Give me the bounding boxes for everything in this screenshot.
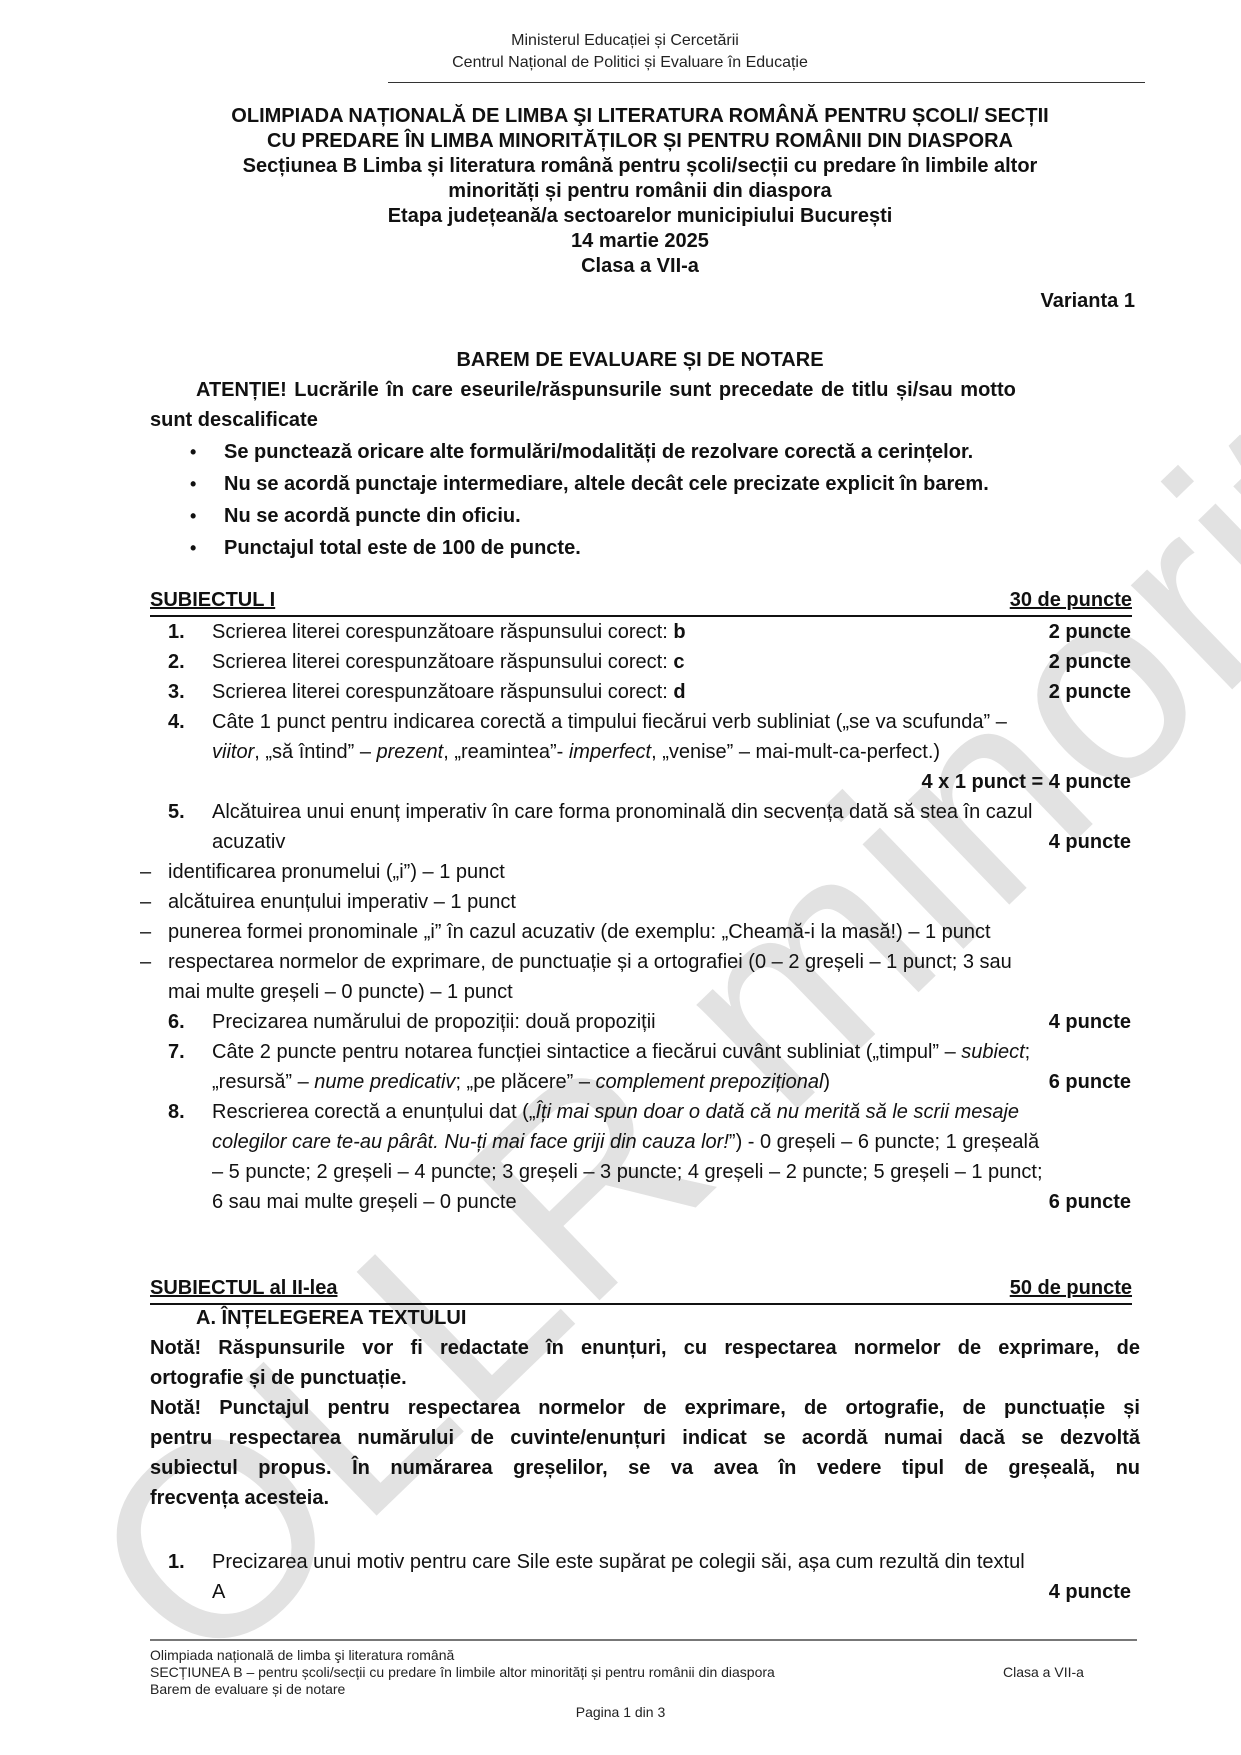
item-number: 2. [168,647,185,677]
criterion-cont: mai multe greșeli – 0 puncte) – 1 punct [168,977,513,1007]
note-2: Notă! Punctajul pentru respectarea norme… [150,1393,1140,1513]
item-points: 4 puncte [1049,1577,1131,1607]
bullet-icon: • [190,469,196,499]
item-text-cont: „resursă” – nume predicativ; „pe plăcere… [212,1067,830,1097]
variant-label: Varianta 1 [1040,290,1135,313]
title-stage: Etapa județeană/a sectoarelor municipiul… [140,204,1140,229]
rule-item: Se punctează oricare alte formulări/moda… [224,437,973,467]
item-number: 6. [168,1007,185,1037]
title-line-1: OLIMPIADA NAȚIONALĂ DE LIMBA ŞI LITERATU… [140,104,1140,129]
subject-2-points: 50 de puncte [1010,1273,1132,1303]
item-text: Scrierea literei corespunzătoare răspuns… [212,647,684,677]
item-number: 1. [168,1547,185,1577]
title-line-2: CU PREDARE ÎN LIMBA MINORITĂȚILOR ȘI PEN… [140,129,1140,154]
document-page: Ministerul Educației și Cercetării Centr… [0,0,1241,1755]
footer-divider [150,1639,1137,1641]
item-number: 5. [168,797,185,827]
item-text-cont: viitor, „să întind” – prezent, „reaminte… [212,737,940,767]
item-points: 4 puncte [1049,827,1131,857]
item-points: 2 puncte [1049,647,1131,677]
footer-class: Clasa a VII-a [1003,1664,1084,1681]
dash-icon: – [140,887,151,917]
title-class: Clasa a VII-a [140,254,1140,279]
header-center: Centrul Național de Politici și Evaluare… [350,52,910,74]
header-divider [388,82,1145,83]
bullet-icon: • [190,437,196,467]
footer-olympiad: Olimpiada națională de limba şi literatu… [150,1647,454,1664]
barem-heading: BAREM DE EVALUARE ȘI DE NOTARE [140,348,1140,373]
title-section-cont: minorități și pentru românii din diaspor… [140,179,1140,204]
warning-line-2: sunt descalificate [150,405,318,435]
dash-icon: – [140,857,151,887]
item-text: Precizarea unui motiv pentru care Sile e… [212,1547,1025,1577]
subject-2-title: SUBIECTUL al II-lea [150,1273,337,1303]
item-text-cont: – 5 puncte; 2 greșeli – 4 puncte; 3 greș… [212,1157,1043,1187]
rule-item: Nu se acordă puncte din oficiu. [224,501,521,531]
item-text: Scrierea literei corespunzătoare răspuns… [212,677,686,707]
item-text-cont: 6 sau mai multe greșeli – 0 puncte [212,1187,517,1217]
item-number: 8. [168,1097,185,1127]
section-a-title: A. ÎNȚELEGEREA TEXTULUI [196,1303,466,1333]
item-number: 3. [168,677,185,707]
subject-1-header: SUBIECTUL I 30 de puncte [150,585,1132,617]
dash-icon: – [140,947,151,977]
page-number: Pagina 1 din 3 [0,1704,1241,1721]
item-text-cont: acuzativ [212,827,285,857]
criterion: identificarea pronumelui („i”) – 1 punct [168,857,505,887]
criterion: alcătuirea enunțului imperativ – 1 punct [168,887,516,917]
footer-barem: Barem de evaluare și de notare [150,1681,345,1698]
item-text-cont: A [212,1577,225,1607]
item-text: Alcătuirea unui enunț imperativ în care … [212,797,1032,827]
note-1: Notă! Răspunsurile vor fi redactate în e… [150,1333,1140,1393]
item-text: Precizarea numărului de propoziții: două… [212,1007,656,1037]
item-text: Câte 1 punct pentru indicarea corectă a … [212,707,1007,737]
footer-section: SECȚIUNEA B – pentru școli/secții cu pre… [150,1664,775,1681]
item-number: 7. [168,1037,185,1067]
item-points: 2 puncte [1049,677,1131,707]
item-points: 4 puncte [1049,1007,1131,1037]
rule-item: Nu se acordă punctaje intermediare, alte… [224,469,989,499]
subject-1-points: 30 de puncte [1010,585,1132,615]
subject-1-title: SUBIECTUL I [150,585,275,615]
item-text: Scrierea literei corespunzătoare răspuns… [212,617,686,647]
dash-icon: – [140,917,151,947]
rule-item: Punctajul total este de 100 de puncte. [224,533,581,563]
item-text-cont: colegilor care te-au pârât. Nu-ți mai fa… [212,1127,1039,1157]
item-number: 1. [168,617,185,647]
item-points: 2 puncte [1049,617,1131,647]
title-date: 14 martie 2025 [140,229,1140,254]
item-points: 4 x 1 punct = 4 puncte [921,767,1131,797]
header-ministry: Ministerul Educației și Cercetării [360,30,890,52]
item-text: Câte 2 puncte pentru notarea funcției si… [212,1037,1030,1067]
bullet-icon: • [190,501,196,531]
title-section: Secțiunea B Limba și literatura română p… [140,154,1140,179]
item-text: Rescrierea corectă a enunțului dat („Îți… [212,1097,1019,1127]
item-number: 4. [168,707,185,737]
criterion: punerea formei pronominale „i” în cazul … [168,917,991,947]
warning-line-1: ATENȚIE! Lucrările în care eseurile/răsp… [196,375,1016,405]
bullet-icon: • [190,533,196,563]
subject-2-header: SUBIECTUL al II-lea 50 de puncte [150,1273,1132,1305]
criterion: respectarea normelor de exprimare, de pu… [168,947,1012,977]
item-points: 6 puncte [1049,1187,1131,1217]
item-points: 6 puncte [1049,1067,1131,1097]
